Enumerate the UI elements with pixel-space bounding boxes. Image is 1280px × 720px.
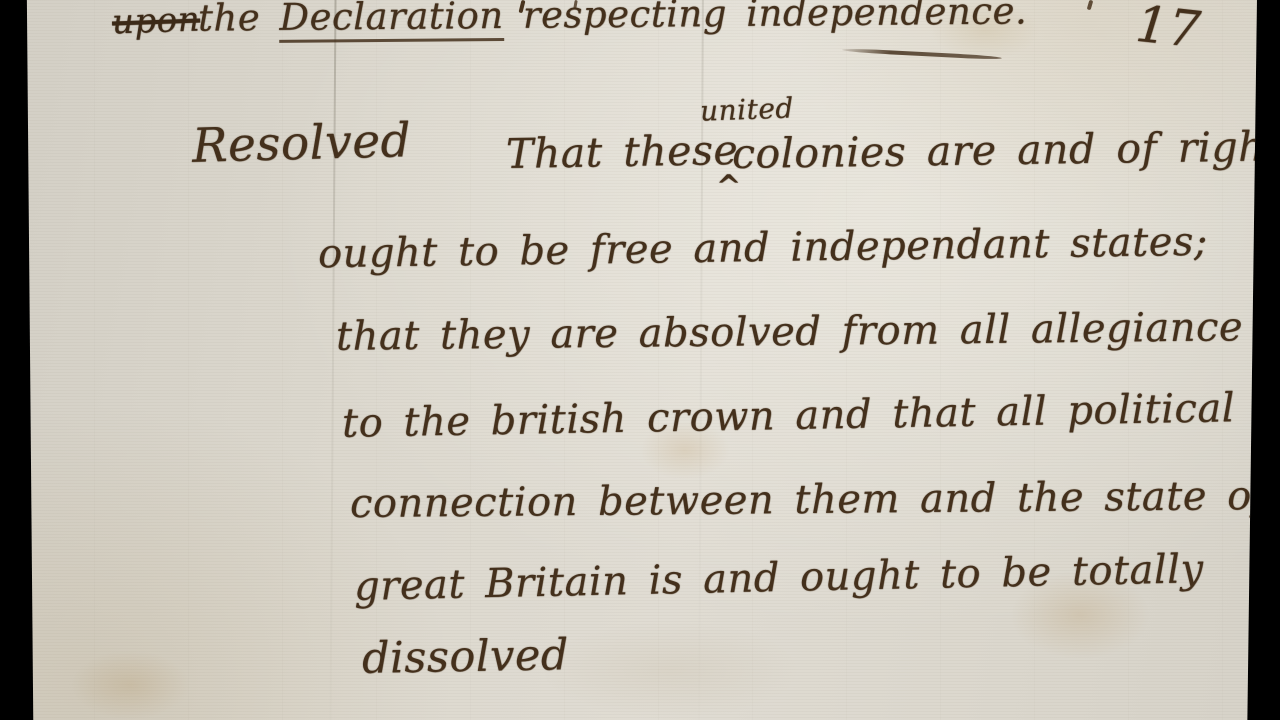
inserted-word-united: united [700, 94, 795, 125]
paper-crease [329, 0, 336, 720]
body-line-6: great Britain is and ought to be totally [354, 549, 1204, 607]
body-line-7: dissolved [362, 634, 570, 681]
heading-rest: respecting independence. [503, 0, 1027, 37]
paper-texture [0, 0, 1280, 720]
body-line-3: that they are absolved from all allegian… [336, 307, 1243, 356]
body-line-1-before-insert: That these [506, 130, 739, 175]
paper-stain [540, 620, 800, 720]
body-line-5: connection between them and the state of [350, 476, 1267, 524]
body-line-4: to the british crown and that all politi… [342, 388, 1236, 444]
crossed-out-word: upon [111, 2, 200, 39]
body-line-1-after-insert: colonies are and of rights [732, 126, 1280, 175]
body-line-2: ought to be free and independant states; [318, 222, 1208, 274]
heading-line: the Declaration respecting independence. [198, 0, 1027, 37]
page-number: 17 [1134, 0, 1203, 55]
resolved-word: Resolved [191, 117, 411, 170]
paper-stain [70, 650, 190, 720]
photo-background: upon the Declaration respecting independ… [0, 0, 1280, 720]
manuscript-page: upon the Declaration respecting independ… [0, 0, 1280, 720]
stray-ink-mark [1087, 0, 1094, 10]
heading-lead: the [198, 0, 280, 40]
dash-flourish [842, 48, 1002, 60]
heading-underlined-title: Declaration [279, 0, 504, 43]
